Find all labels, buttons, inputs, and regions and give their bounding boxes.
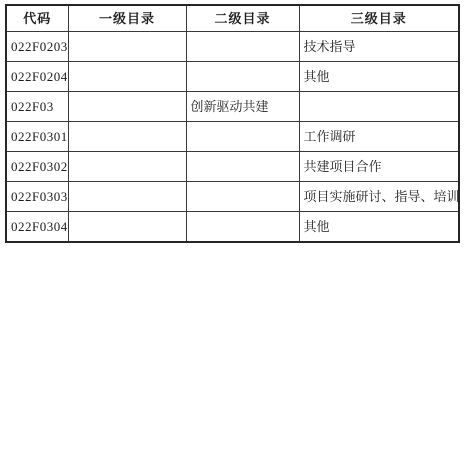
table-row: 022F0303 项目实施研讨、指导、培训 <box>6 182 459 212</box>
cell-level1 <box>68 92 186 122</box>
cell-level3: 其他 <box>299 212 459 243</box>
cell-level1 <box>68 212 186 243</box>
cell-code: 022F0301 <box>6 122 68 152</box>
cell-level2 <box>186 122 299 152</box>
cell-level2 <box>186 62 299 92</box>
table-row: 022F0203 技术指导 <box>6 32 459 62</box>
cell-code: 022F0303 <box>6 182 68 212</box>
header-code: 代码 <box>6 5 68 32</box>
cell-level2 <box>186 182 299 212</box>
cell-level3: 技术指导 <box>299 32 459 62</box>
catalog-table: 代码 一级目录 二级目录 三级目录 022F0203 技术指导 022F0204… <box>5 4 460 243</box>
cell-code: 022F0302 <box>6 152 68 182</box>
scanned-page: 代码 一级目录 二级目录 三级目录 022F0203 技术指导 022F0204… <box>0 0 470 455</box>
cell-code: 022F03 <box>6 92 68 122</box>
cell-level1 <box>68 182 186 212</box>
cell-level3: 项目实施研讨、指导、培训 <box>299 182 459 212</box>
table-row: 022F03 创新驱动共建 <box>6 92 459 122</box>
cell-level1 <box>68 122 186 152</box>
cell-code: 022F0203 <box>6 32 68 62</box>
cell-level1 <box>68 152 186 182</box>
cell-level3: 其他 <box>299 62 459 92</box>
table-row: 022F0302 共建项目合作 <box>6 152 459 182</box>
table-row: 022F0304 其他 <box>6 212 459 243</box>
table-header-row: 代码 一级目录 二级目录 三级目录 <box>6 5 459 32</box>
table-row: 022F0204 其他 <box>6 62 459 92</box>
cell-level3 <box>299 92 459 122</box>
cell-level3: 共建项目合作 <box>299 152 459 182</box>
cell-level2: 创新驱动共建 <box>186 92 299 122</box>
header-level1: 一级目录 <box>68 5 186 32</box>
cell-level1 <box>68 32 186 62</box>
cell-level3: 工作调研 <box>299 122 459 152</box>
header-level2: 二级目录 <box>186 5 299 32</box>
cell-code: 022F0304 <box>6 212 68 243</box>
cell-level2 <box>186 32 299 62</box>
cell-level2 <box>186 212 299 243</box>
table-row: 022F0301 工作调研 <box>6 122 459 152</box>
cell-level2 <box>186 152 299 182</box>
cell-code: 022F0204 <box>6 62 68 92</box>
header-level3: 三级目录 <box>299 5 459 32</box>
cell-level1 <box>68 62 186 92</box>
